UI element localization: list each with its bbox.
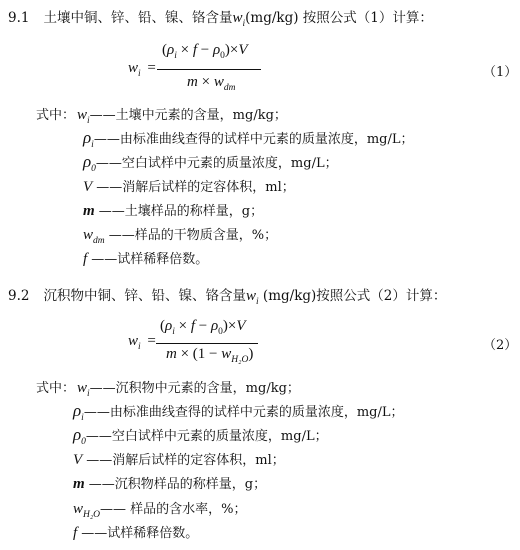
formula-2-numerator: (ρi × f − ρ0)×V xyxy=(160,318,246,337)
equation-number-2: （2） xyxy=(483,334,517,353)
where-label: 式中： xyxy=(36,381,75,396)
definition-row: ρi——由标准曲线查得的试样中元素的质量浓度，mg/L； xyxy=(83,128,413,150)
definition-row: m ——沉积物样品的称样量，g； xyxy=(73,473,266,493)
definition-row: 式中：wi——沉积物中元素的含量，mg/kg； xyxy=(36,377,300,399)
formula-2-denominator: m × (1 − wH₂O) xyxy=(166,346,253,365)
heading-variable: wi xyxy=(246,288,259,304)
definition-row: f ——试样稀释倍数。 xyxy=(83,248,208,268)
definition-row: ρi——由标准曲线查得的试样中元素的质量浓度，mg/L； xyxy=(73,401,403,423)
definition-row: ρ0——空白试样中元素的质量浓度，mg/L； xyxy=(83,152,338,174)
definition-row: m ——土壤样品的称样量，g； xyxy=(83,200,263,220)
heading-variable: wi xyxy=(232,10,245,26)
definition-row: V ——消解后试样的定容体积，ml； xyxy=(83,176,295,196)
formula-2-lhs: wi = xyxy=(128,333,156,352)
definition-row: 式中：wi——土壤中元素的含量，mg/kg； xyxy=(36,104,287,126)
section-number: 9.2 xyxy=(8,288,29,304)
formula-1-denominator: m × wdm xyxy=(187,74,235,93)
heading-text: 土壤中铜、锌、铅、镍、铬含量 xyxy=(43,10,232,26)
formula-1-numerator: (ρi × f − ρ0)×V xyxy=(162,42,248,61)
section-number: 9.1 xyxy=(8,10,29,26)
heading-text: 沉积物中铜、锌、铅、镍、铬含量 xyxy=(43,288,246,304)
formula-2-fraction-bar xyxy=(156,343,258,344)
section-9-1-heading: 9.1土壤中铜、锌、铅、镍、铬含量wi(mg/kg) 按照公式（1）计算： xyxy=(8,6,433,29)
definition-row: V ——消解后试样的定容体积，ml； xyxy=(73,449,285,469)
heading-text-tail: (mg/kg) 按照公式（1）计算： xyxy=(245,10,433,26)
heading-text-tail: (mg/kg)按照公式（2）计算： xyxy=(259,288,447,304)
definition-row: wdm ——样品的干物质含量，%； xyxy=(83,224,277,246)
where-label: 式中： xyxy=(36,108,75,123)
definition-row: f ——试样稀释倍数。 xyxy=(73,522,198,542)
definition-row: ρ0——空白试样中元素的质量浓度，mg/L； xyxy=(73,425,328,447)
formula-1-lhs: wi = xyxy=(128,60,156,79)
section-9-2-heading: 9.2沉积物中铜、锌、铅、镍、铬含量wi (mg/kg)按照公式（2）计算： xyxy=(8,284,446,307)
equation-number-1: （1） xyxy=(483,61,517,80)
definition-row: wH₂O—— 样品的含水率，%； xyxy=(73,498,247,520)
formula-1-fraction-bar xyxy=(157,69,261,70)
